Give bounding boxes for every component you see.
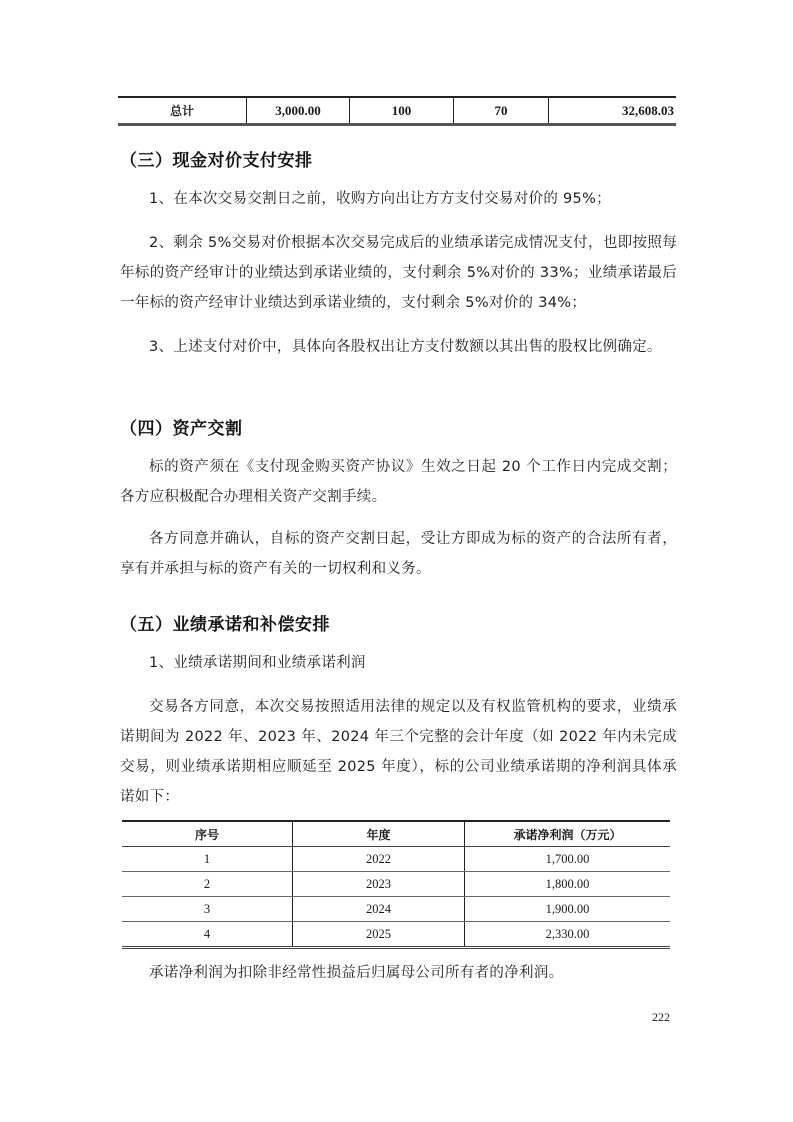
total-cell: 32,608.03 xyxy=(549,97,677,125)
total-cell: 3,000.00 xyxy=(247,97,350,125)
table-row: 总计 3,000.00 100 70 32,608.03 xyxy=(118,97,676,125)
paragraph: 各方同意并确认，自标的资产交割日起，受让方即成为标的资产的合法所有者，享有并承担… xyxy=(120,524,677,584)
section-heading-cash-payment: （三）现金对价支付安排 xyxy=(120,146,313,171)
table-cell: 4 xyxy=(122,922,293,948)
paragraph: 3、上述支付对价中，具体向各股权出让方支付数额以其出售的股权比例确定。 xyxy=(120,332,677,362)
note-paragraph: 承诺净利润为扣除非经常性损益后归属母公司所有者的净利润。 xyxy=(120,958,677,988)
table-cell: 2023 xyxy=(293,872,465,897)
paragraph: 1、在本次交易交割日之前，收购方向出让方方支付交易对价的 95%； xyxy=(120,184,677,214)
total-label: 总计 xyxy=(118,97,247,125)
table-cell: 2025 xyxy=(293,922,465,948)
subheading: 1、业绩承诺期间和业绩承诺利润 xyxy=(120,648,677,678)
table-cell: 2024 xyxy=(293,897,465,922)
table-row: 2 2023 1,800.00 xyxy=(122,872,670,897)
column-header: 年度 xyxy=(293,821,465,847)
column-header: 承诺净利润（万元） xyxy=(465,821,671,847)
table-row: 3 2024 1,900.00 xyxy=(122,897,670,922)
page-number: 222 xyxy=(652,1010,670,1025)
table-cell: 2 xyxy=(122,872,293,897)
section-heading-asset-delivery: （四）资产交割 xyxy=(120,414,243,439)
total-cell: 70 xyxy=(454,97,549,125)
table-cell: 2022 xyxy=(293,847,465,872)
table-cell: 1,700.00 xyxy=(465,847,671,872)
table-cell: 2,330.00 xyxy=(465,922,671,948)
paragraph: 标的资产须在《支付现金购买资产协议》生效之日起 20 个工作日内完成交割；各方应… xyxy=(120,452,677,512)
paragraph: 2、剩余 5%交易对价根据本次交易完成后的业绩承诺完成情况支付，也即按照每年标的… xyxy=(120,228,677,318)
table-row: 1 2022 1,700.00 xyxy=(122,847,670,872)
section-heading-performance-commitment: （五）业绩承诺和补偿安排 xyxy=(120,610,330,635)
table-cell: 1,800.00 xyxy=(465,872,671,897)
table-header-row: 序号 年度 承诺净利润（万元） xyxy=(122,821,670,847)
total-cell: 100 xyxy=(350,97,454,125)
paragraph: 交易各方同意，本次交易按照适用法律的规定以及有权监管机构的要求，业绩承诺期间为 … xyxy=(120,692,677,812)
total-row-table: 总计 3,000.00 100 70 32,608.03 xyxy=(118,96,676,126)
table-row: 4 2025 2,330.00 xyxy=(122,922,670,948)
table-cell: 1 xyxy=(122,847,293,872)
document-page: 总计 3,000.00 100 70 32,608.03 （三）现金对价支付安排… xyxy=(0,0,793,1122)
column-header: 序号 xyxy=(122,821,293,847)
table-cell: 1,900.00 xyxy=(465,897,671,922)
committed-profit-table: 序号 年度 承诺净利润（万元） 1 2022 1,700.00 2 2023 1… xyxy=(122,820,670,949)
table-cell: 3 xyxy=(122,897,293,922)
